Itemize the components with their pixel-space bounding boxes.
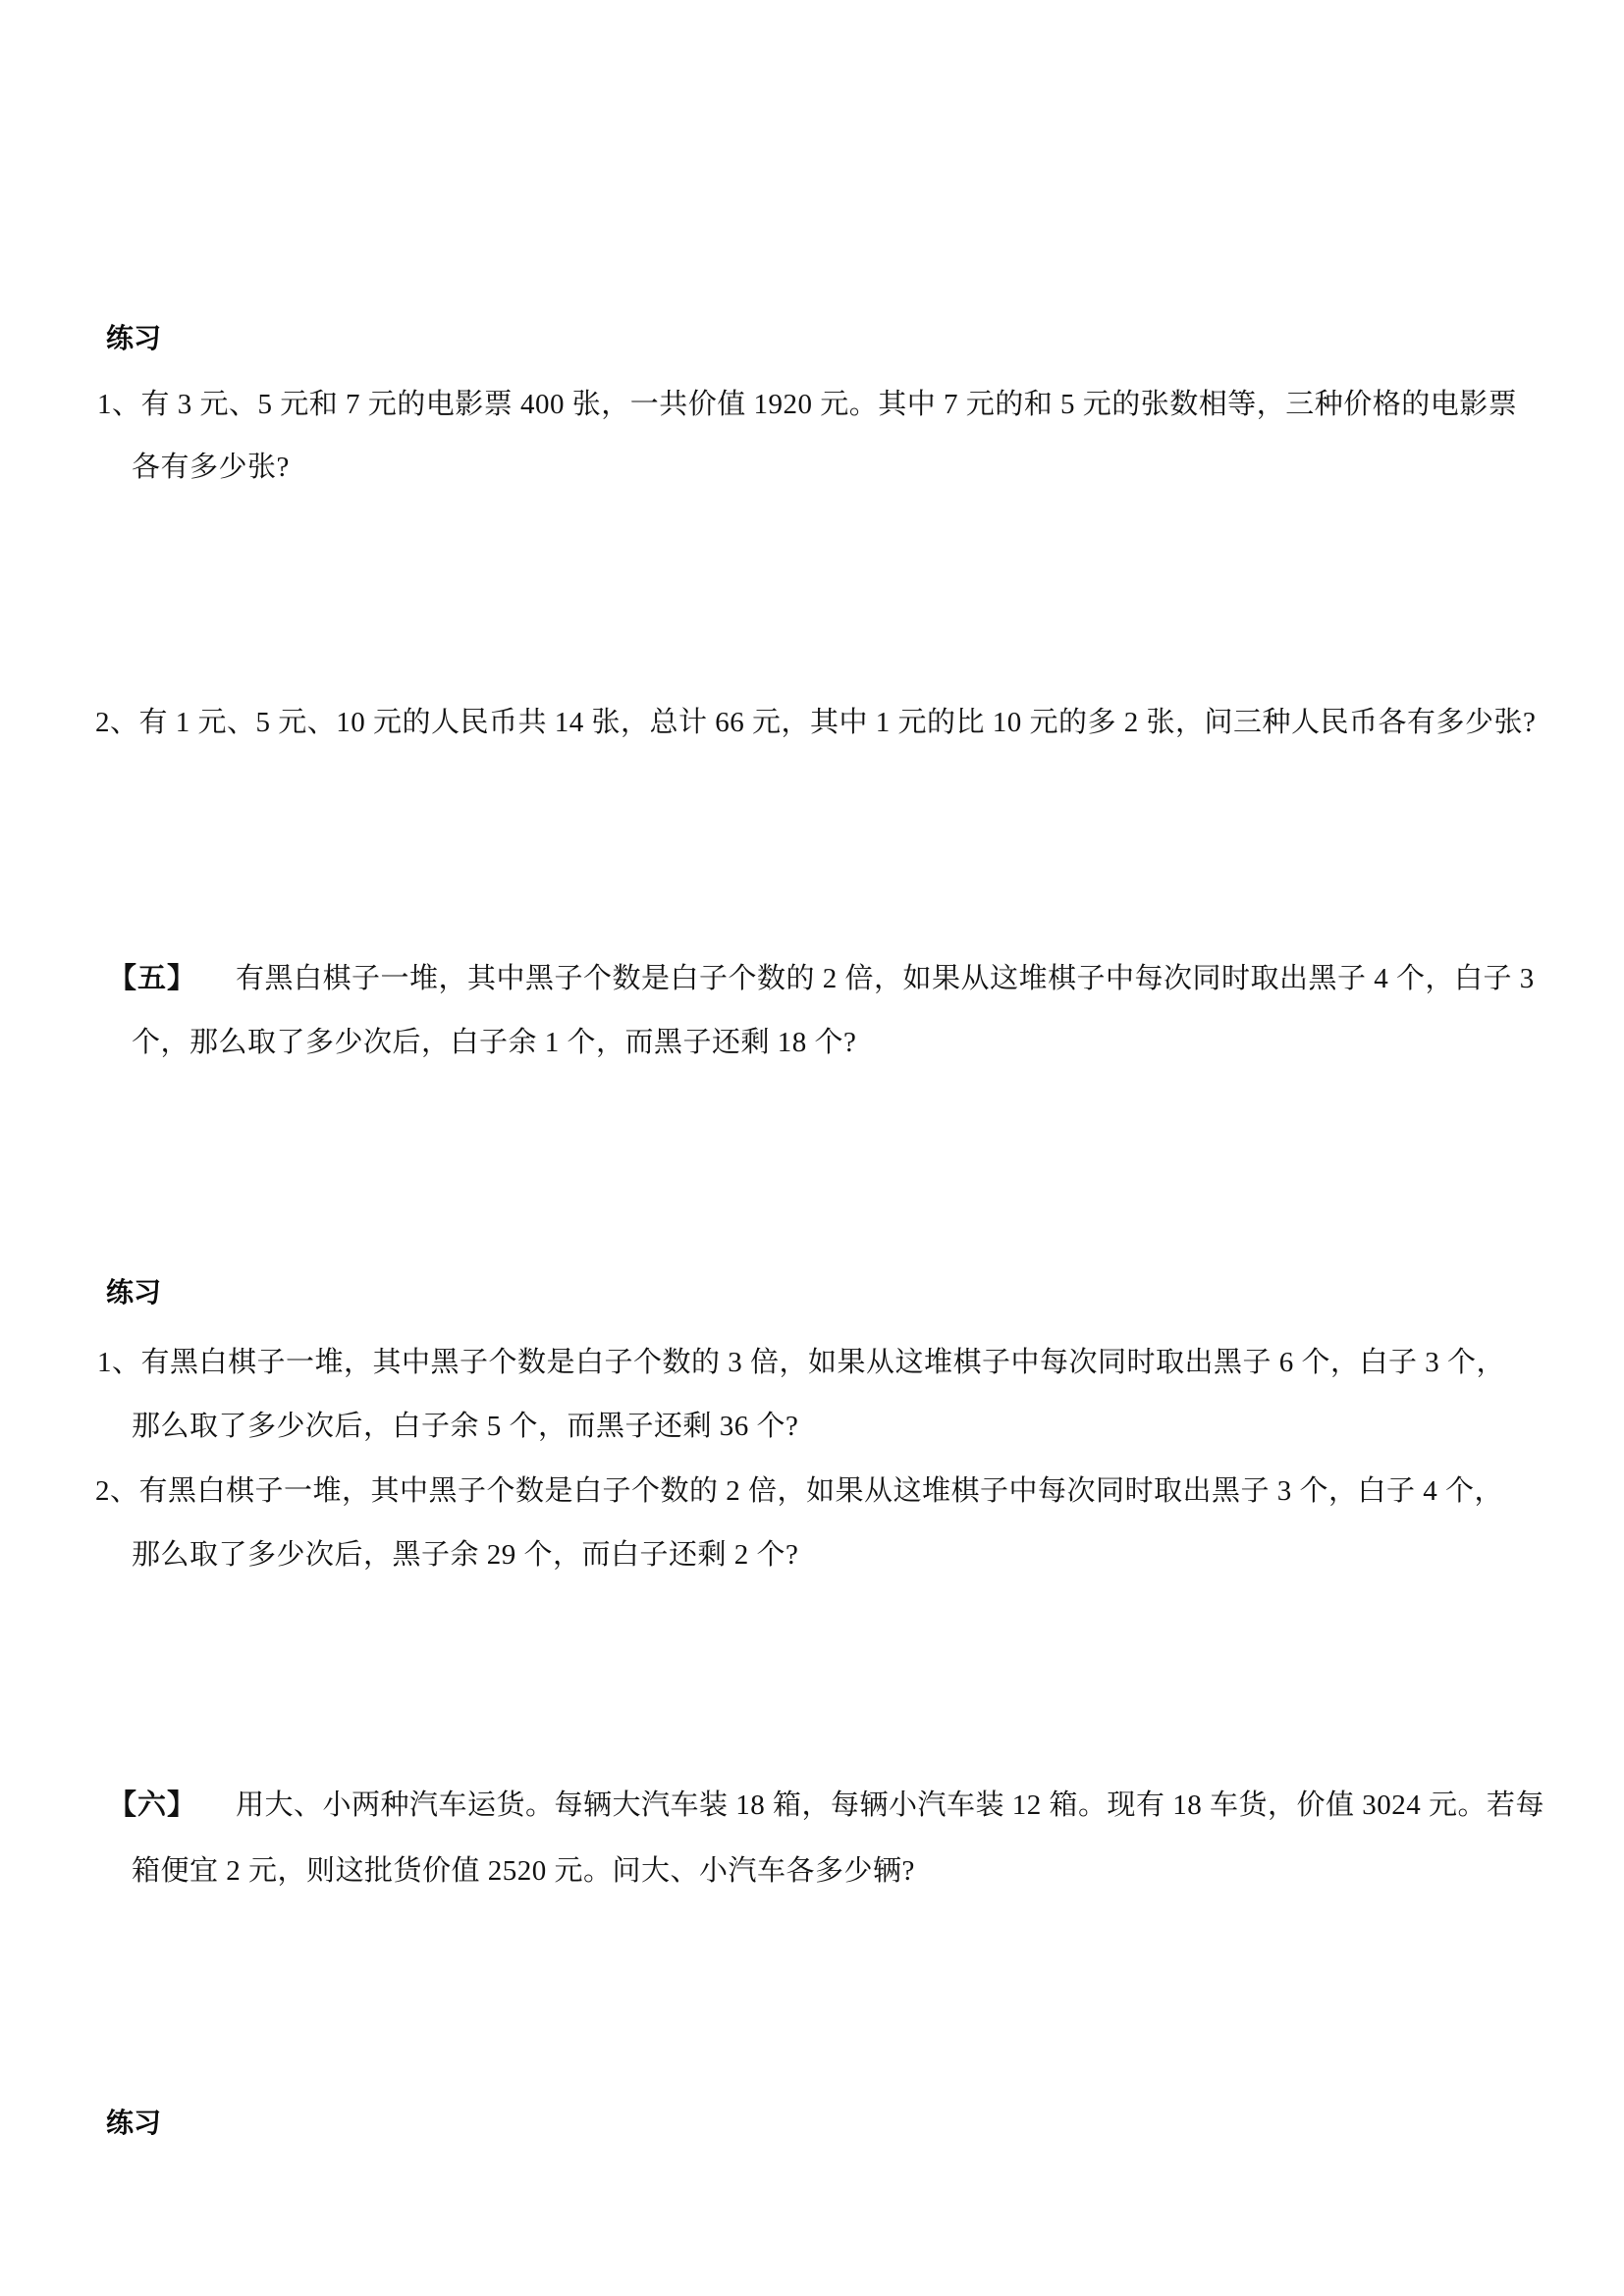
practice2-question1-line2: 那么取了多少次后，白子余 5 个，而黑子还剩 36 个? — [132, 1410, 798, 1444]
example6-label: 【六】 — [108, 1789, 196, 1821]
example5-line2: 个，那么取了多少次后，白子余 1 个，而黑子还剩 18 个? — [132, 1026, 856, 1060]
practice2-question1-line1: 1、有黑白棋子一堆，其中黑子个数是白子个数的 3 倍，如果从这堆棋子中每次同时取… — [97, 1346, 1505, 1380]
worksheet-page: 练习 1、有 3 元、5 元和 7 元的电影票 400 张，一共价值 1920 … — [0, 0, 1624, 2296]
example5-line1: 【五】有黑白棋子一堆，其中黑子个数是白子个数的 2 倍，如果从这堆棋子中每次同时… — [108, 962, 1535, 996]
practice2-question2-line1: 2、有黑白棋子一堆，其中黑子个数是白子个数的 2 倍，如果从这堆棋子中每次同时取… — [95, 1474, 1503, 1509]
example5-label: 【五】 — [108, 963, 196, 994]
example6-line2: 箱便宜 2 元，则这批货价值 2520 元。问大、小汽车各多少辆? — [132, 1854, 915, 1889]
example6-line1: 【六】用大、小两种汽车运货。每辆大汽车装 18 箱，每辆小汽车装 12 箱。现有… — [108, 1789, 1544, 1823]
practice-heading-2: 练习 — [106, 1276, 161, 1309]
practice-heading-3: 练习 — [106, 2107, 161, 2140]
practice1-question1-line2: 各有多少张? — [132, 451, 290, 485]
example6-text: 用大、小两种汽车运货。每辆大汽车装 18 箱，每辆小汽车装 12 箱。现有 18… — [236, 1789, 1544, 1821]
practice2-question2-line2: 那么取了多少次后，黑子余 29 个，而白子还剩 2 个? — [132, 1538, 798, 1573]
practice1-question1-line1: 1、有 3 元、5 元和 7 元的电影票 400 张，一共价值 1920 元。其… — [97, 388, 1517, 422]
practice1-question2-line1: 2、有 1 元、5 元、10 元的人民币共 14 张，总计 66 元，其中 1 … — [95, 706, 1536, 740]
practice-heading-1: 练习 — [106, 322, 161, 355]
example5-text: 有黑白棋子一堆，其中黑子个数是白子个数的 2 倍，如果从这堆棋子中每次同时取出黑… — [236, 963, 1535, 994]
